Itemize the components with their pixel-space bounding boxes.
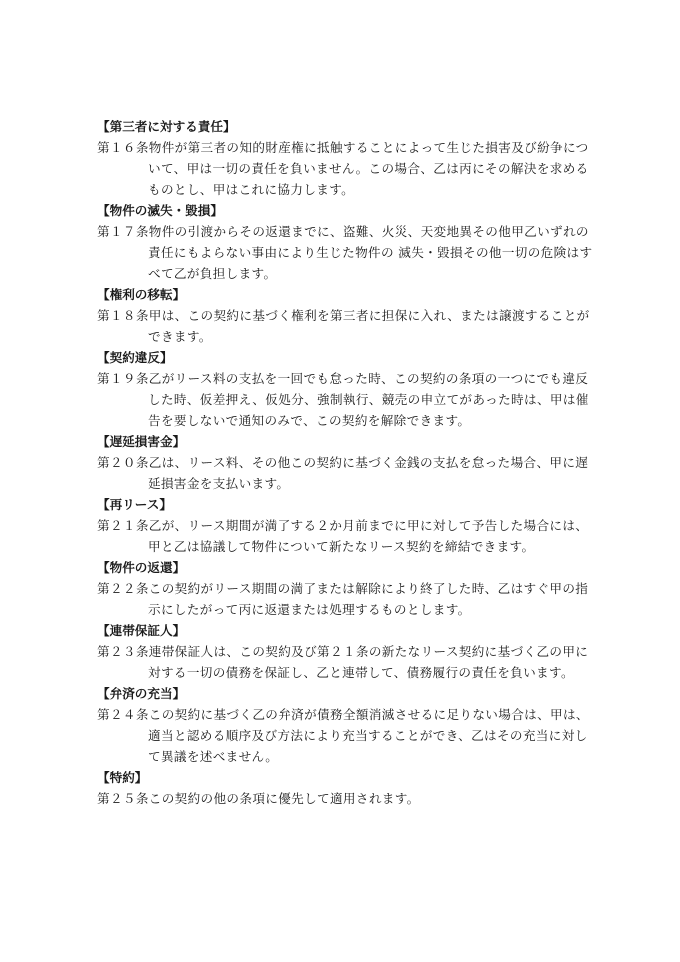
article-text: できます。 — [97, 326, 589, 347]
article-text: 第１７条物件の引渡からその返還までに、盗難、火災、天変地異その他甲乙いずれの — [97, 221, 589, 242]
article-21: 【再リース】 第２１条乙が、リース期間が満了する２か月前までに甲に対して予告した… — [97, 494, 589, 557]
section-heading: 【弁済の充当】 — [97, 683, 589, 704]
article-text: いて、甲は一切の責任を負いません。この場合、乙は丙にその解決を求める — [97, 158, 589, 179]
article-text: した時、仮差押え、仮処分、強制執行、競売の申立てがあった時は、甲は催 — [97, 389, 589, 410]
section-heading: 【権利の移転】 — [97, 284, 589, 305]
article-text: 甲と乙は協議して物件について新たなリース契約を締結できます。 — [97, 536, 589, 557]
section-heading: 【遅延損害金】 — [97, 431, 589, 452]
section-heading: 【第三者に対する責任】 — [97, 116, 589, 137]
section-heading: 【特約】 — [97, 767, 589, 788]
article-text: 第１６条物件が第三者の知的財産権に抵触することによって生じた損害及び紛争につ — [97, 137, 589, 158]
document-page: 【第三者に対する責任】 第１６条物件が第三者の知的財産権に抵触することによって生… — [97, 116, 589, 809]
article-25: 【特約】 第２５条この契約の他の条項に優先して適用されます。 — [97, 767, 589, 809]
article-text: 対する一切の債務を保証し、乙と連帯して、債務履行の責任を負います。 — [97, 662, 589, 683]
article-text: 第２１条乙が、リース期間が満了する２か月前までに甲に対して予告した場合には、 — [97, 515, 589, 536]
article-text: 適当と認める順序及び方法により充当することができ、乙はその充当に対し — [97, 725, 589, 746]
section-heading: 【契約違反】 — [97, 347, 589, 368]
article-20: 【遅延損害金】 第２０条乙は、リース料、その他この契約に基づく金銭の支払を怠った… — [97, 431, 589, 494]
article-text: 延損害金を支払います。 — [97, 473, 589, 494]
article-22: 【物件の返還】 第２２条この契約がリース期間の満了または解除により終了した時、乙… — [97, 557, 589, 620]
article-text: べて乙が負担します。 — [97, 263, 589, 284]
article-text: 第２４条この契約に基づく乙の弁済が債務全額消滅させるに足りない場合は、甲は、 — [97, 704, 589, 725]
article-text: 告を要しないで通知のみで、この契約を解除できます。 — [97, 410, 589, 431]
article-16: 【第三者に対する責任】 第１６条物件が第三者の知的財産権に抵触することによって生… — [97, 116, 589, 200]
section-heading: 【連帯保証人】 — [97, 620, 589, 641]
article-text: 責任にもよらない事由により生じた物件の 滅失・毀損その他一切の危険はす — [97, 242, 589, 263]
article-text: 第２２条この契約がリース期間の満了または解除により終了した時、乙はすぐ甲の指 — [97, 578, 589, 599]
article-text: 第２５条この契約の他の条項に優先して適用されます。 — [97, 788, 589, 809]
article-text: 第２０条乙は、リース料、その他この契約に基づく金銭の支払を怠った場合、甲に遅 — [97, 452, 589, 473]
article-text: 第１９条乙がリース料の支払を一回でも怠った時、この契約の条項の一つにでも違反 — [97, 368, 589, 389]
article-23: 【連帯保証人】 第２３条連帯保証人は、この契約及び第２１条の新たなリース契約に基… — [97, 620, 589, 683]
article-text: 第２３条連帯保証人は、この契約及び第２１条の新たなリース契約に基づく乙の甲に — [97, 641, 589, 662]
article-text: ものとし、甲はこれに協力します。 — [97, 179, 589, 200]
article-text: 第１８条甲は、この契約に基づく権利を第三者に担保に入れ、または譲渡することが — [97, 305, 589, 326]
section-heading: 【再リース】 — [97, 494, 589, 515]
section-heading: 【物件の滅失・毀損】 — [97, 200, 589, 221]
article-text: 示にしたがって丙に返還または処理するものとします。 — [97, 599, 589, 620]
article-18: 【権利の移転】 第１８条甲は、この契約に基づく権利を第三者に担保に入れ、または譲… — [97, 284, 589, 347]
article-19: 【契約違反】 第１９条乙がリース料の支払を一回でも怠った時、この契約の条項の一つ… — [97, 347, 589, 431]
article-24: 【弁済の充当】 第２４条この契約に基づく乙の弁済が債務全額消滅させるに足りない場… — [97, 683, 589, 767]
article-17: 【物件の滅失・毀損】 第１７条物件の引渡からその返還までに、盗難、火災、天変地異… — [97, 200, 589, 284]
section-heading: 【物件の返還】 — [97, 557, 589, 578]
article-text: て異議を述べません。 — [97, 746, 589, 767]
